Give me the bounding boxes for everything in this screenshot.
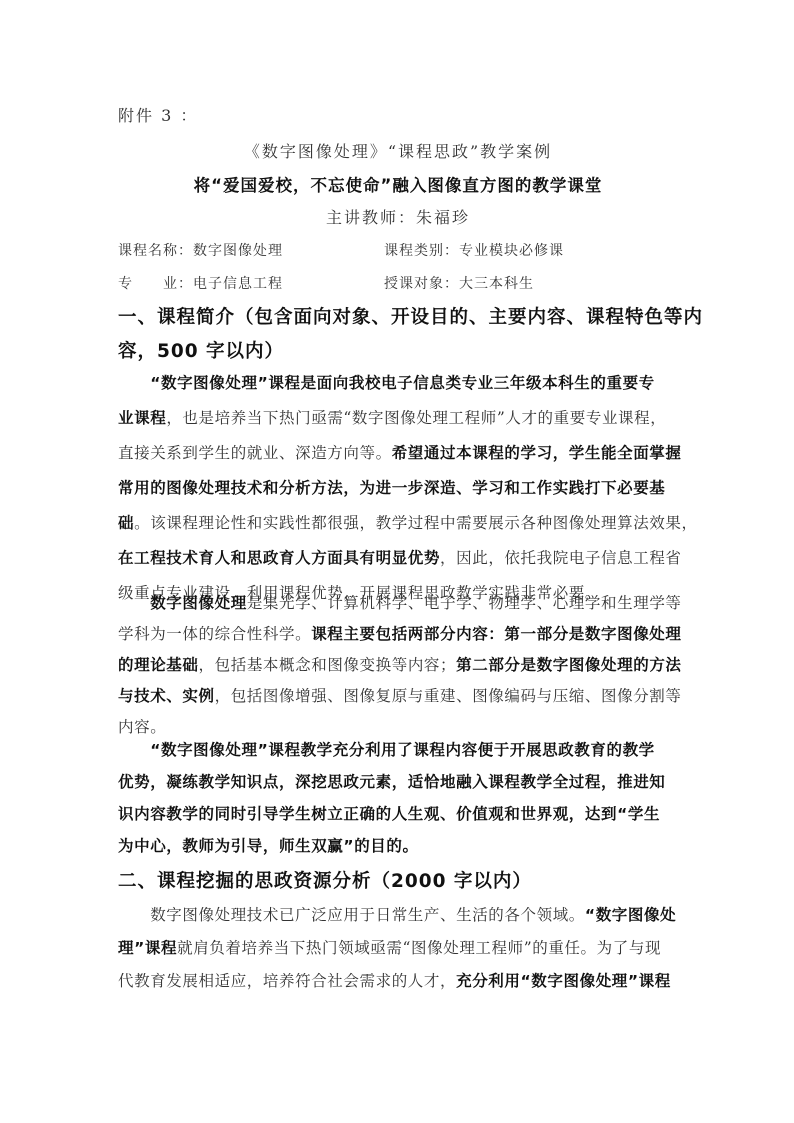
bold-text-run: 希望通过本课程的学习，学生能全面掌握 <box>392 444 682 462</box>
section2-heading: 二、课程挖掘的思政资源分析（2000 字以内） <box>118 872 532 892</box>
text-run: 就肩负着培养当下热门领域亟需“图像处理工程师”的重任。为了与现 <box>177 939 661 957</box>
paragraph-line: 础。该课程理论性和实践性都很强，教学过程中需要展示各种图像处理算法效果， <box>118 513 698 533</box>
bold-text-run: 常用的图像处理技术和分析方法，为进一步深造、学习和工作实践打下必要基 <box>118 479 665 497</box>
bold-text-run: 业课程 <box>118 409 166 427</box>
bold-text-run: 在工程技术育人和思政育人方面具有明显优势 <box>118 549 440 567</box>
text-run: 。该课程理论性和实践性都很强，教学过程中需要展示各种图像处理算法效果， <box>134 514 698 532</box>
meta-course-category: 课程类别：专业模块必修课 <box>384 241 564 261</box>
text-run: ，包括基本概念和图像变换等内容； <box>199 656 457 674</box>
document-title: 《数字图像处理》“课程思政”教学案例 <box>118 142 678 162</box>
paragraph-line: 理”课程就肩负着培养当下热门领域亟需“图像处理工程师”的重任。为了与现 <box>118 938 661 958</box>
bold-text-run: 础 <box>118 514 134 532</box>
paragraph-line: 常用的图像处理技术和分析方法，为进一步深造、学习和工作实践打下必要基 <box>118 478 665 498</box>
text-run: ，因此，依托我院电子信息工程省 <box>440 549 682 567</box>
paragraph-line: 与技术、实例，包括图像增强、图像复原与重建、图像编码与压缩、图像分割等 <box>118 686 682 706</box>
paragraph-line: “数字图像处理”课程是面向我校电子信息类专业三年级本科生的重要专 <box>118 373 655 393</box>
attachment-label: 附件 3 ： <box>118 106 198 126</box>
paragraph-line: “数字图像处理”课程教学充分利用了课程内容便于开展思政教育的教学 <box>118 740 655 760</box>
text-run: 直接关系到学生的就业、深造方向等。 <box>118 444 392 462</box>
text-run: 内容。 <box>118 718 166 736</box>
meta-audience: 授课对象：大三本科生 <box>384 274 534 294</box>
instructor: 主讲教师：朱福珍 <box>118 208 678 228</box>
bold-text-run: “数字图像处理”课程教学充分利用了课程内容便于开展思政教育的教学 <box>118 741 655 759</box>
bold-text-run: 的理论基础 <box>118 656 199 674</box>
section1-heading-line2: 容，500 字以内） <box>118 342 284 362</box>
paragraph-line: 数字图像处理技术已广泛应用于日常生产、生活的各个领域。“数字图像处 <box>118 905 676 925</box>
paragraph-line: 内容。 <box>118 717 166 737</box>
text-run: 数字图像处理技术已广泛应用于日常生产、生活的各个领域。 <box>118 906 585 924</box>
bold-text-run: “数字图像处 <box>585 906 676 924</box>
bold-text-run: 第二部分是数字图像处理的方法 <box>456 656 681 674</box>
bold-text-run: 识内容教学的同时引导学生树立正确的人生观、价值观和世界观，达到“学生 <box>118 805 660 823</box>
bold-text-run: 充分利用“数字图像处理”课程 <box>456 972 671 990</box>
bold-text-run: 数字图像处理 <box>150 594 247 612</box>
case-title: 将“爱国爱校，不忘使命”融入图像直方图的教学课堂 <box>118 176 678 196</box>
bold-text-run: “数字图像处理”课程是面向我校电子信息类专业三年级本科生的重要专 <box>118 374 655 392</box>
text-run: ，也是培养当下热门亟需“数字图像处理工程师”人才的重要专业课程， <box>166 409 666 427</box>
bold-text-run: 课程主要包括两部分内容：第一部分是数字图像处理 <box>311 625 681 643</box>
paragraph-line: 学科为一体的综合性科学。课程主要包括两部分内容：第一部分是数字图像处理 <box>118 624 682 644</box>
paragraph-line: 为中心，教师为引导，师生双赢”的目的。 <box>118 836 419 856</box>
section1-heading-line1: 一、课程简介（包含面向对象、开设目的、主要内容、课程特色等内 <box>118 308 703 328</box>
text-run: 是集光学、计算机科学、电子学、物理学、心理学和生理学等 <box>247 594 682 612</box>
bold-text-run: 为中心，教师为引导，师生双赢”的目的。 <box>118 837 419 855</box>
paragraph-line: 的理论基础，包括基本概念和图像变换等内容；第二部分是数字图像处理的方法 <box>118 655 682 675</box>
paragraph-line: 优势，凝练教学知识点，深挖思政元素，适恰地融入课程教学全过程，推进知 <box>118 772 665 792</box>
paragraph-line: 识内容教学的同时引导学生树立正确的人生观、价值观和世界观，达到“学生 <box>118 804 660 824</box>
paragraph-line: 数字图像处理是集光学、计算机科学、电子学、物理学、心理学和生理学等 <box>118 593 682 613</box>
meta-course-name: 课程名称：数字图像处理 <box>118 241 283 261</box>
paragraph-line: 代教育发展相适应，培养符合社会需求的人才，充分利用“数字图像处理”课程 <box>118 971 671 991</box>
text-run: 学科为一体的综合性科学。 <box>118 625 311 643</box>
paragraph-line: 直接关系到学生的就业、深造方向等。希望通过本课程的学习，学生能全面掌握 <box>118 443 682 463</box>
paragraph-line: 在工程技术育人和思政育人方面具有明显优势，因此，依托我院电子信息工程省 <box>118 548 682 568</box>
bold-text-run: 理”课程 <box>118 939 177 957</box>
bold-text-run: 与技术、实例 <box>118 687 215 705</box>
text-run <box>118 594 150 612</box>
text-run: 代教育发展相适应，培养符合社会需求的人才， <box>118 972 456 990</box>
paragraph-line: 业课程，也是培养当下热门亟需“数字图像处理工程师”人才的重要专业课程， <box>118 408 666 428</box>
text-run: ，包括图像增强、图像复原与重建、图像编码与压缩、图像分割等 <box>215 687 682 705</box>
meta-major: 专 业：电子信息工程 <box>118 274 283 294</box>
bold-text-run: 优势，凝练教学知识点，深挖思政元素，适恰地融入课程教学全过程，推进知 <box>118 773 665 791</box>
